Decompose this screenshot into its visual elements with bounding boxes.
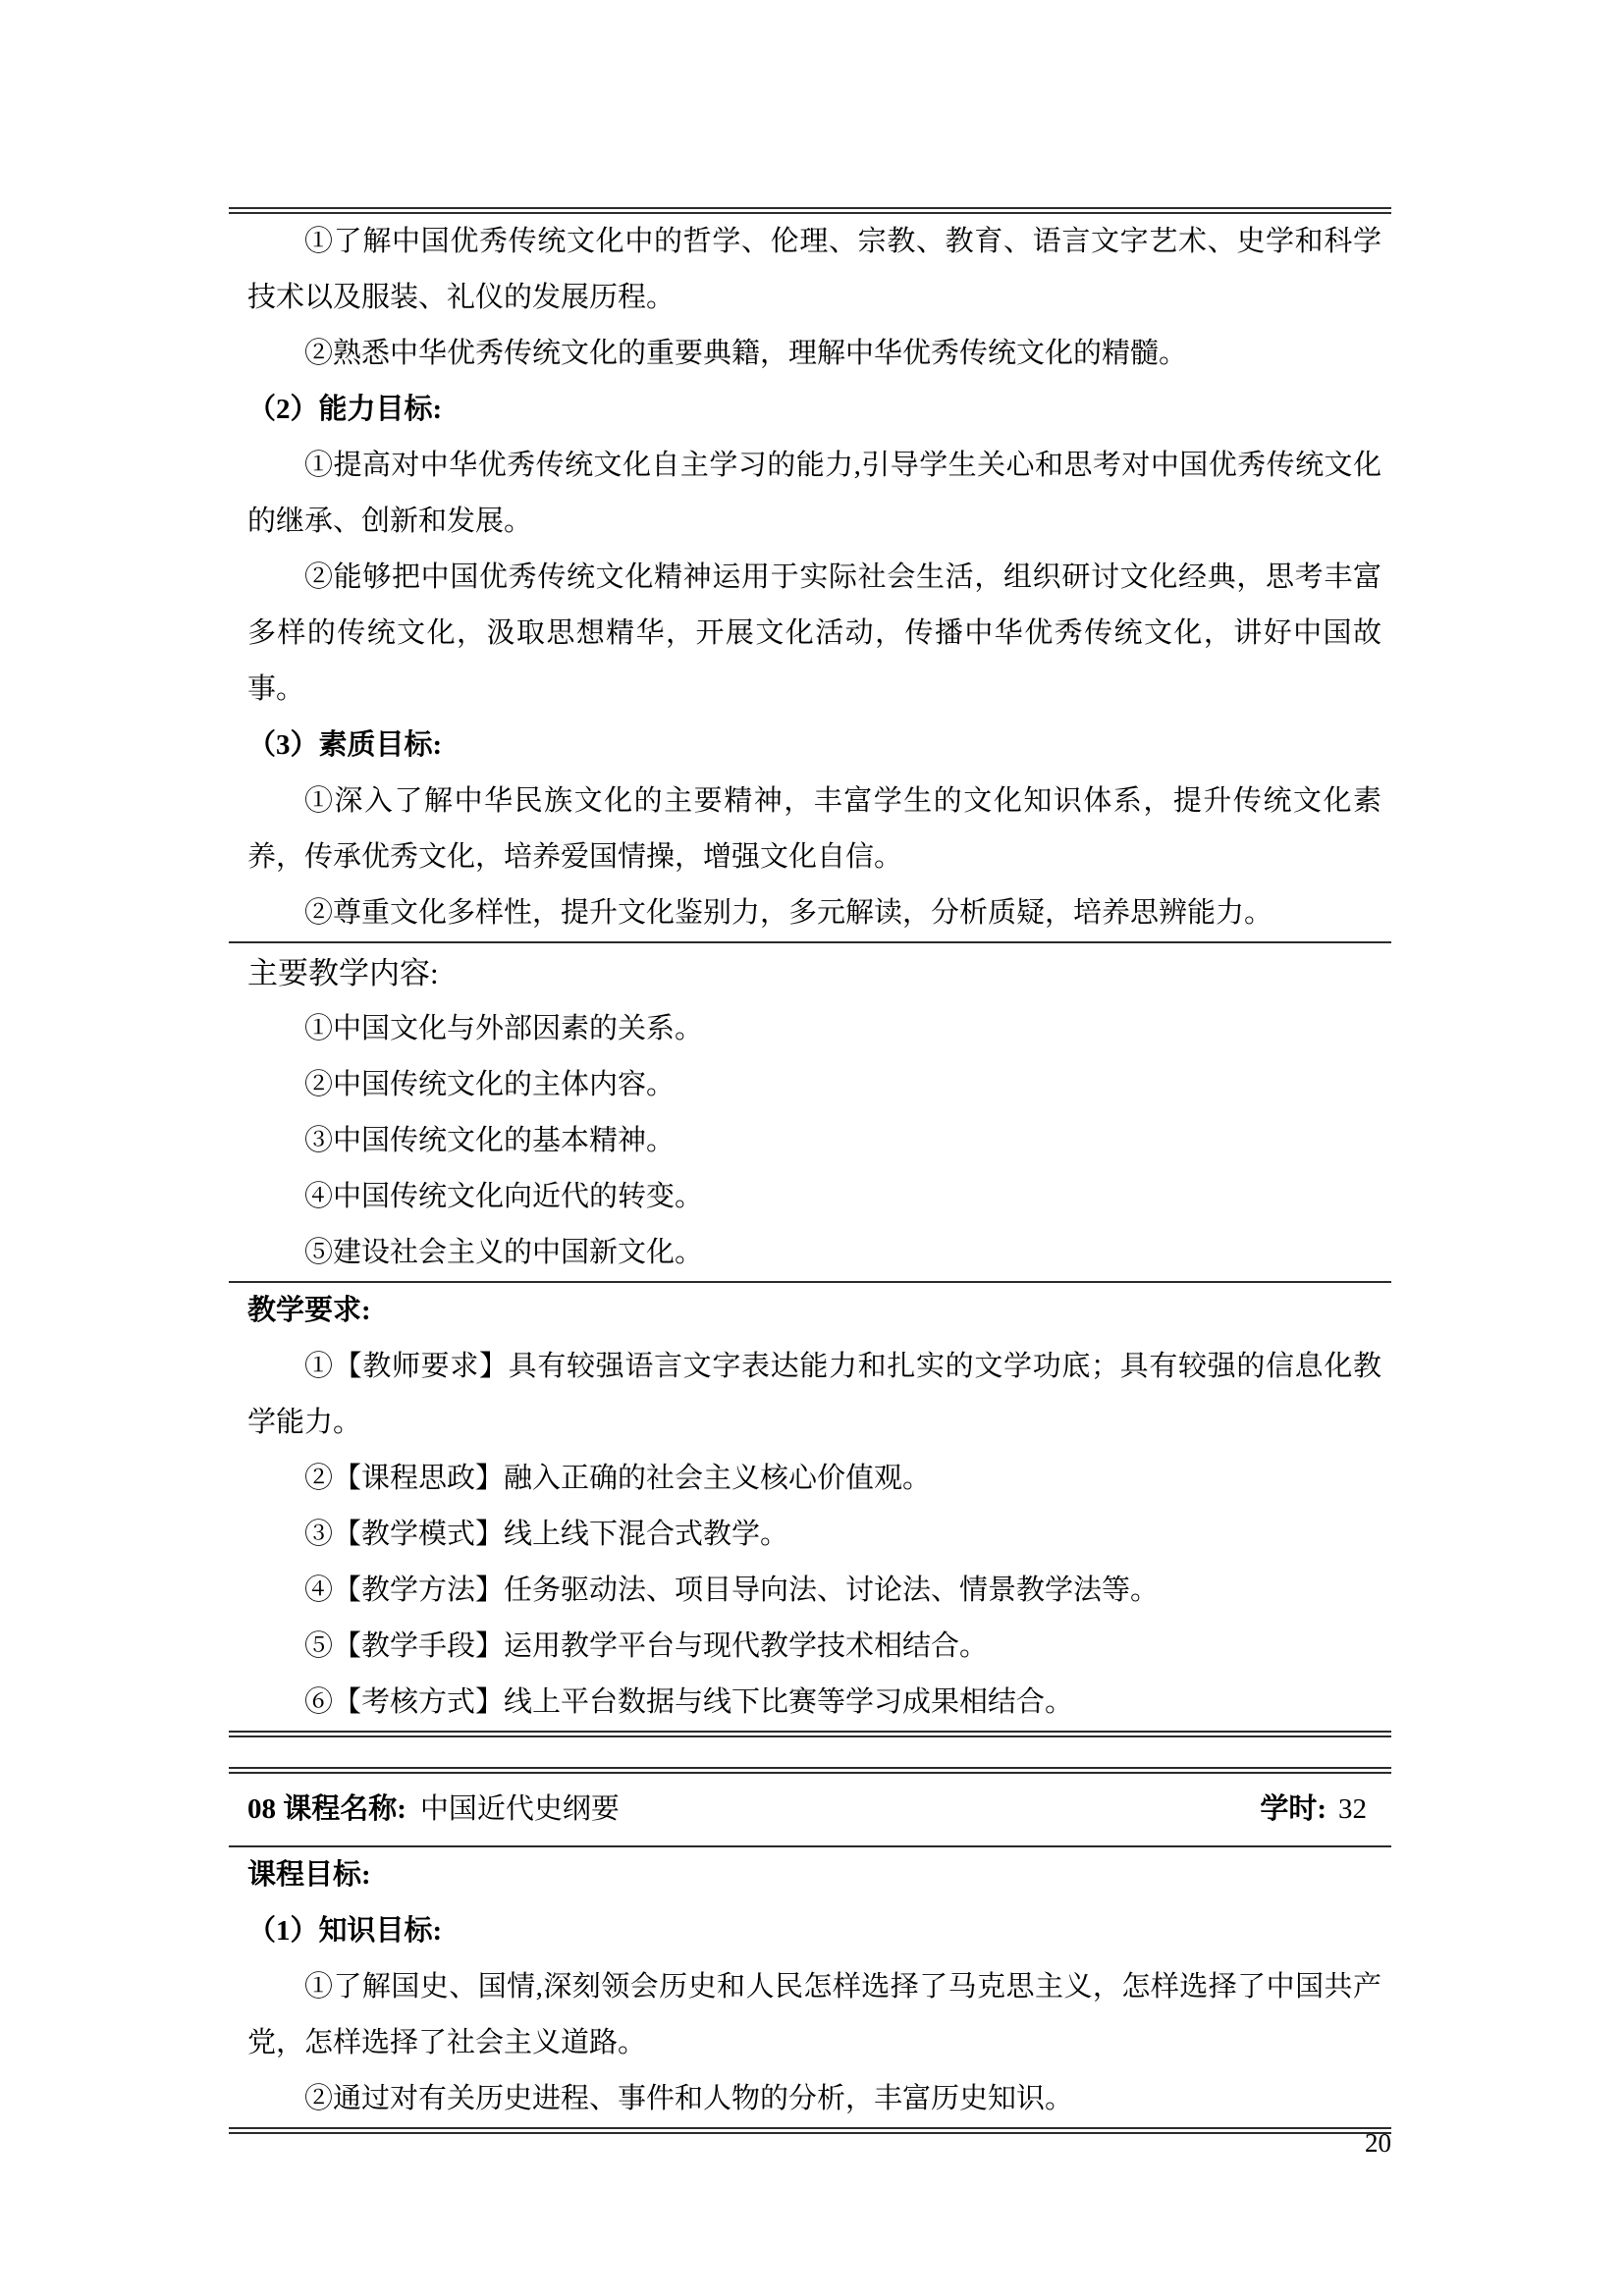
table-border-bottom-course07 [229, 1731, 1391, 1737]
table-border-top-course08 [229, 1767, 1391, 1774]
ability-item-1: ①提高对中华优秀传统文化自主学习的能力,引导学生关心和思考对中国优秀传统文化的继… [247, 438, 1381, 550]
knowledge-goals-heading: （1）知识目标: [247, 1903, 1381, 1959]
table-gap [229, 1737, 1391, 1767]
course07-content-cell: 主要教学内容: ①中国文化与外部因素的关系。 ②中国传统文化的主体内容。 ③中国… [229, 943, 1391, 1281]
course07-goals-cell: ①了解中国优秀传统文化中的哲学、伦理、宗教、教育、语言文字艺术、史学和科学技术以… [229, 214, 1391, 941]
requirement-item-3: ③【教学模式】线上线下混合式教学。 [247, 1507, 1381, 1563]
knowledge-item-1: ①了解中国优秀传统文化中的哲学、伦理、宗教、教育、语言文字艺术、史学和科学技术以… [247, 214, 1381, 326]
content-item-4: ④中国传统文化向近代的转变。 [247, 1169, 1381, 1225]
requirement-item-2: ②【课程思政】融入正确的社会主义核心价值观。 [247, 1451, 1381, 1507]
quality-item-2: ②尊重文化多样性，提升文化鉴别力，多元解读，分析质疑，培养思辨能力。 [247, 885, 1381, 941]
content-item-5: ⑤建设社会主义的中国新文化。 [247, 1225, 1381, 1281]
course-name-label: 08 课程名称: [247, 1774, 406, 1845]
content-item-3: ③中国传统文化的基本精神。 [247, 1113, 1381, 1169]
course08-header-row: 08 课程名称: 中国近代史纲要 学时: 32 [229, 1774, 1391, 1845]
course-goals-heading: 课程目标: [247, 1847, 1381, 1903]
requirements-heading: 教学要求: [247, 1283, 1381, 1339]
syllabus-table: ①了解中国优秀传统文化中的哲学、伦理、宗教、教育、语言文字艺术、史学和科学技术以… [229, 207, 1391, 2134]
requirement-item-1: ①【教师要求】具有较强语言文字表达能力和扎实的文学功底；具有较强的信息化教学能力… [247, 1339, 1381, 1451]
content-item-2: ②中国传统文化的主体内容。 [247, 1057, 1381, 1113]
course08-goals-cell: 课程目标: （1）知识目标: ①了解国史、国情,深刻领会历史和人民怎样选择了马克… [229, 1847, 1391, 2127]
requirement-item-5: ⑤【教学手段】运用教学平台与现代教学技术相结合。 [247, 1619, 1381, 1675]
quality-item-1: ①深入了解中华民族文化的主要精神，丰富学生的文化知识体系，提升传统文化素养，传承… [247, 774, 1381, 885]
hours-label: 学时: [1260, 1774, 1326, 1845]
course08-knowledge-item-1: ①了解国史、国情,深刻领会历史和人民怎样选择了马克思主义，怎样选择了中国共产党，… [247, 1959, 1381, 2071]
requirement-item-4: ④【教学方法】任务驱动法、项目导向法、讨论法、情景教学法等。 [247, 1563, 1381, 1619]
course-name-value: 中国近代史纲要 [420, 1774, 620, 1845]
main-content-heading: 主要教学内容: [247, 945, 1381, 1001]
content-item-1: ①中国文化与外部因素的关系。 [247, 1001, 1381, 1057]
ability-goals-heading: （2）能力目标: [247, 382, 1381, 438]
table-border-top [229, 207, 1391, 214]
course07-requirements-cell: 教学要求: ①【教师要求】具有较强语言文字表达能力和扎实的文学功底；具有较强的信… [229, 1283, 1391, 1731]
hours-value: 32 [1338, 1774, 1367, 1845]
document-page: ①了解中国优秀传统文化中的哲学、伦理、宗教、教育、语言文字艺术、史学和科学技术以… [0, 0, 1624, 2296]
page-number: 20 [229, 2118, 1391, 2167]
quality-goals-heading: （3）素质目标: [247, 718, 1381, 774]
knowledge-item-2: ②熟悉中华优秀传统文化的重要典籍，理解中华优秀传统文化的精髓。 [247, 326, 1381, 382]
requirement-item-6: ⑥【考核方式】线上平台数据与线下比赛等学习成果相结合。 [247, 1675, 1381, 1731]
ability-item-2: ②能够把中国优秀传统文化精神运用于实际社会生活，组织研讨文化经典，思考丰富多样的… [247, 550, 1381, 718]
